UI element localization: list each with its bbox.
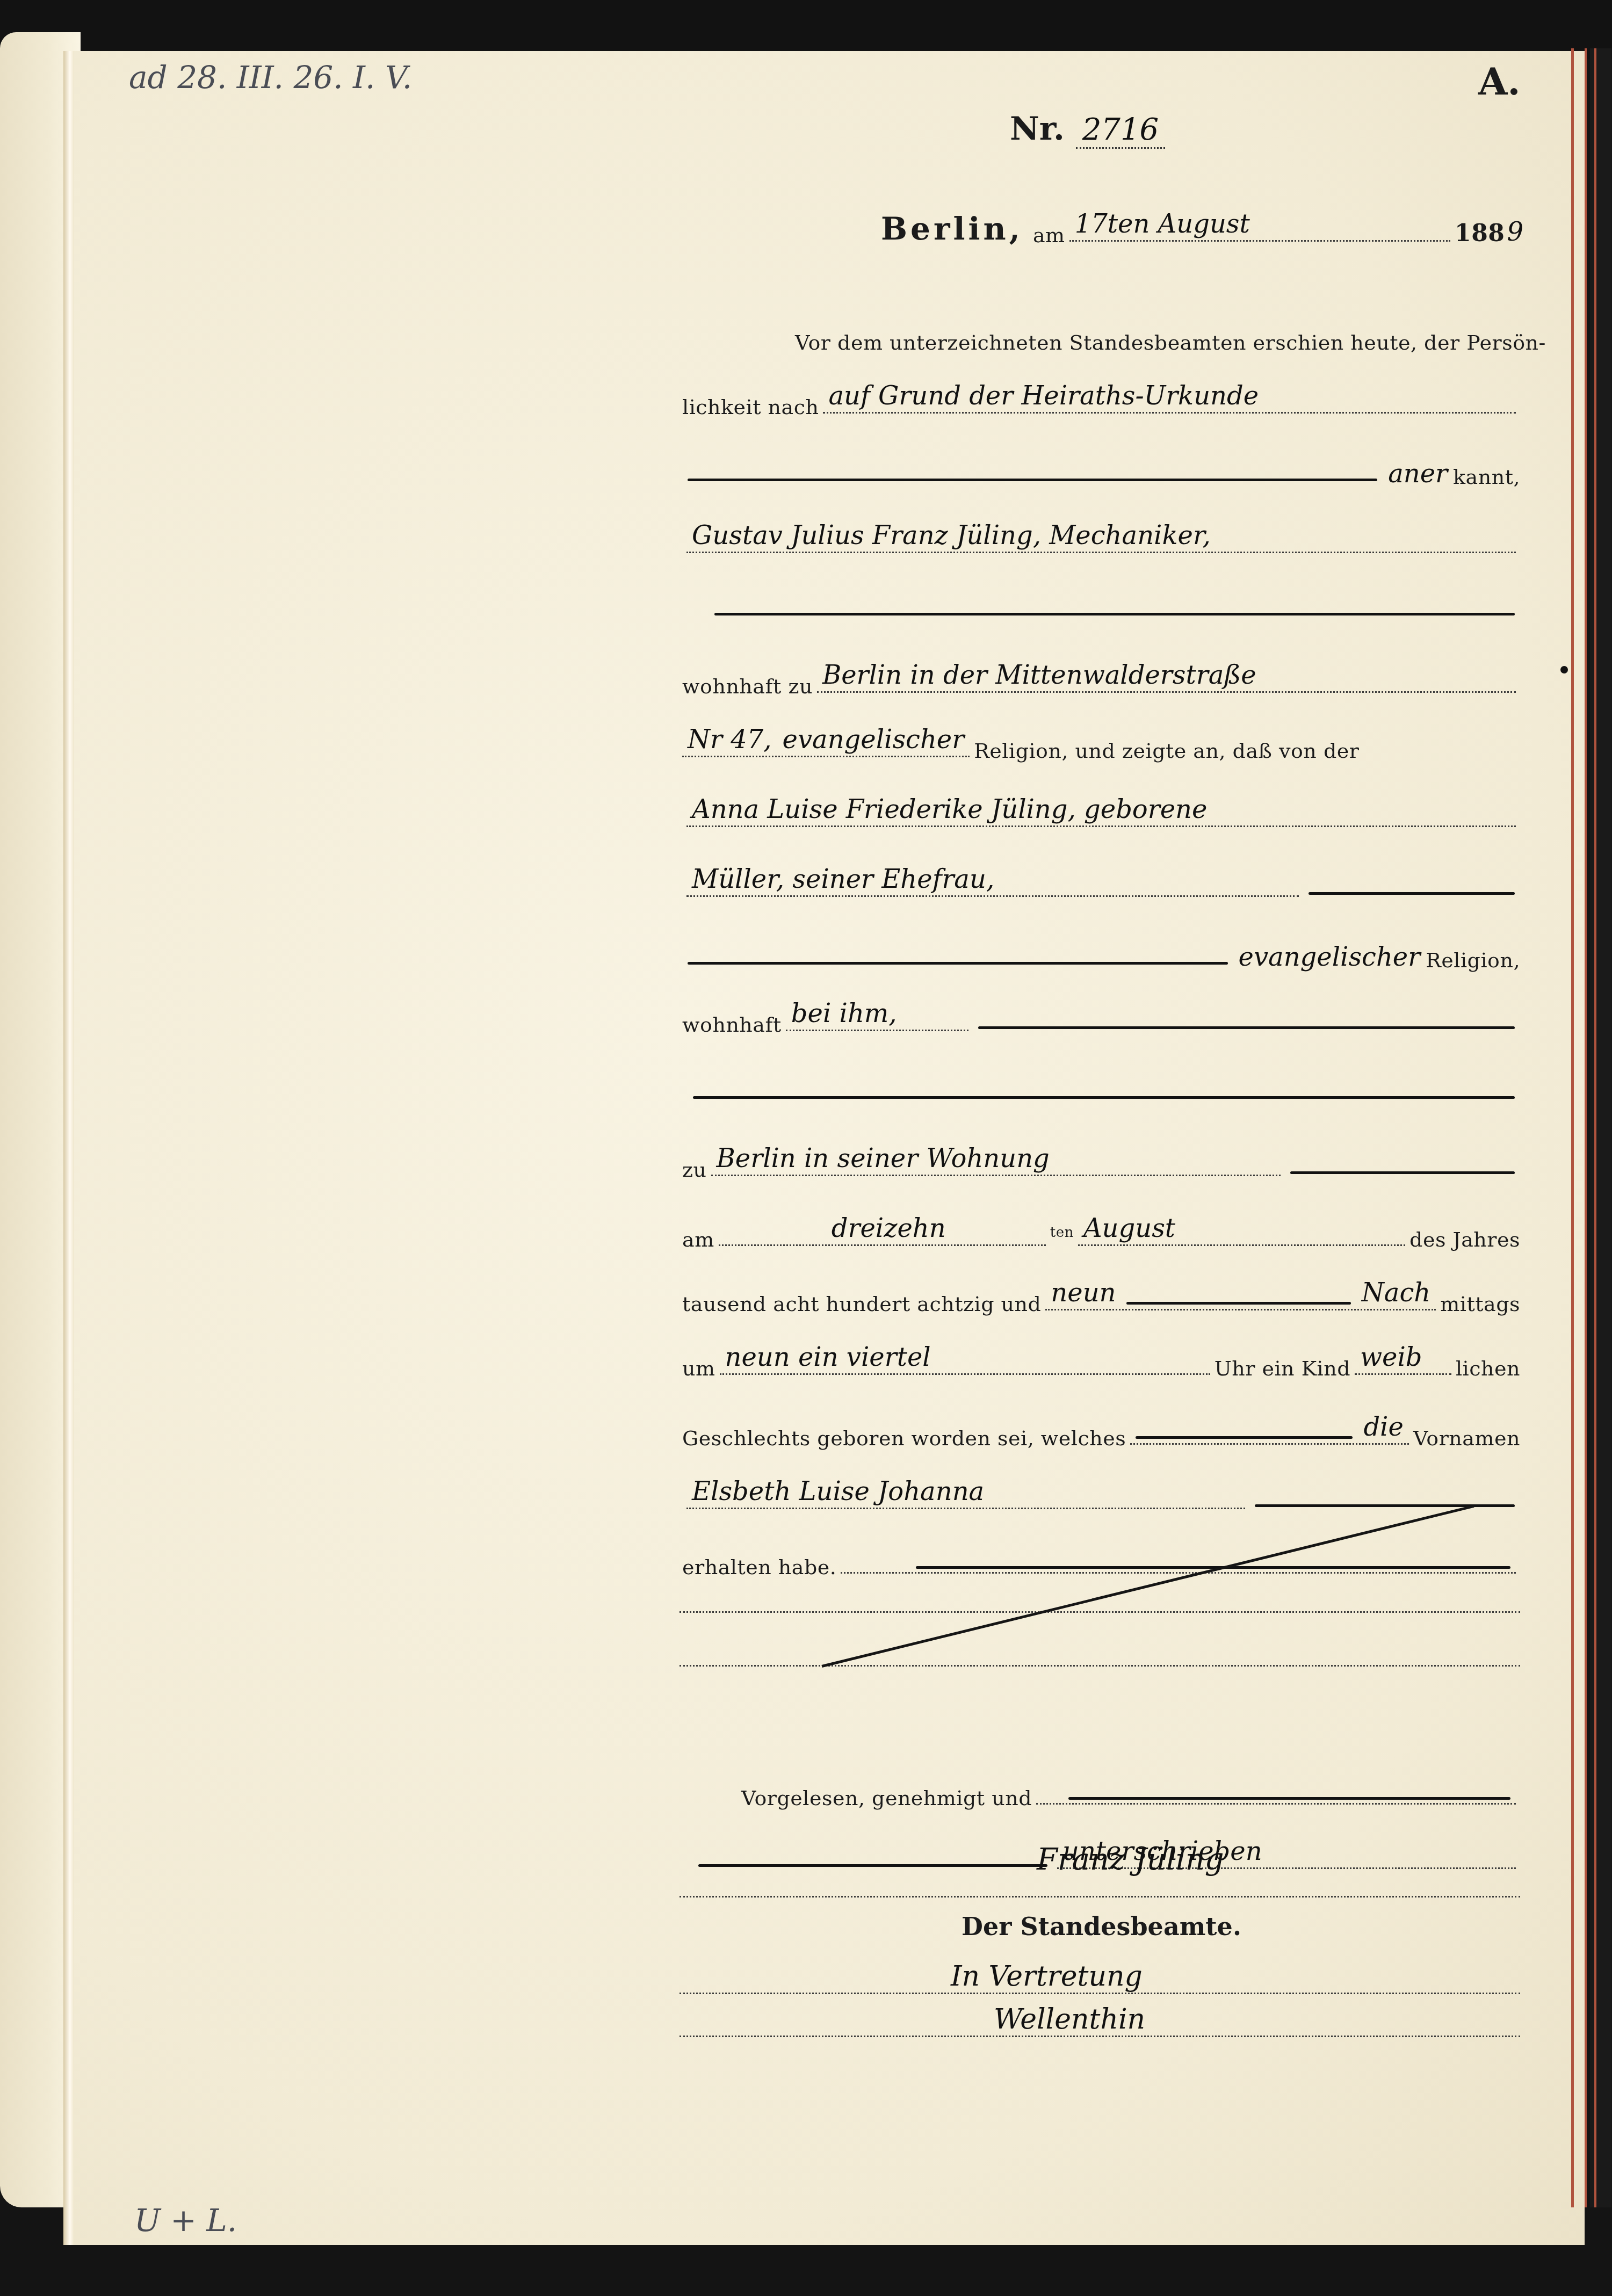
time-of-day-label: mittags: [1440, 1292, 1520, 1316]
filler-dash: [714, 613, 1515, 615]
birthplace-field: Berlin in seiner Wohnung: [711, 1142, 1281, 1176]
record-number-label: Nr.: [1010, 110, 1065, 148]
registrar-note: In Vertretung: [951, 1960, 1143, 1993]
year-handwritten: 9: [1505, 217, 1526, 247]
filler-dash: [693, 1096, 1515, 1099]
day-suffix: ten: [1050, 1225, 1074, 1241]
informant-line: Gustav Julius Franz Jüling, Mechaniker,: [682, 505, 1520, 559]
birthplace-line: zu Berlin in seiner Wohnung: [682, 1128, 1520, 1182]
mother-residence-field: bei ihm,: [786, 997, 968, 1031]
date-line: Berlin, am 17ten August 188 9: [881, 193, 1526, 247]
book-edge-shadow: [1590, 48, 1611, 2207]
sex-suffix: lichen: [1456, 1357, 1520, 1380]
blank-dotted-line: [680, 1611, 1520, 1613]
blank-line: [682, 1053, 1520, 1106]
religion-label: Religion, und zeigte an, daß von der: [974, 739, 1359, 763]
red-page-edge: [1571, 48, 1574, 2207]
hour-field: neun ein viertel: [720, 1341, 1210, 1375]
mother-residence-line: wohnhaft bei ihm,: [682, 983, 1520, 1037]
day-label: am: [682, 1228, 714, 1251]
red-page-edge: [1585, 48, 1587, 2207]
read-approved-line: Vorgelesen, genehmigt und: [741, 1756, 1520, 1810]
page-gutter: [63, 51, 74, 2245]
filler-dash: [698, 1864, 1047, 1867]
known-line: aner kannt,: [682, 435, 1520, 489]
date-field: 17ten August: [1069, 208, 1450, 242]
register-letter: A.: [1478, 59, 1521, 104]
residence-line: wohnhaft zu Berlin in der Mittenwalderst…: [682, 644, 1520, 698]
book-binding-top: [0, 0, 1612, 59]
mother-religion-line: evangelischer Religion,: [682, 918, 1520, 972]
residence-cont-field: Nr 47, evangelischer: [682, 723, 970, 757]
year-printed: 188: [1455, 220, 1505, 247]
filler-dash: [688, 962, 1228, 965]
record-number: Nr. 2716: [1010, 110, 1165, 148]
margin-note-top: ad 28. III. 26. I. V.: [129, 59, 412, 96]
religion-line: Nr 47, evangelischer Religion, und zeigt…: [682, 709, 1520, 763]
blank-dotted-line: [680, 1665, 1520, 1667]
mother-residence-label: wohnhaft: [682, 1013, 782, 1037]
blank-line: [682, 569, 1520, 623]
child-names-field: Elsbeth Luise Johanna: [686, 1475, 1245, 1509]
hour-suffix: Uhr ein Kind: [1215, 1357, 1350, 1380]
filler-dash: [1309, 892, 1515, 895]
names-article-field: die: [1130, 1411, 1409, 1445]
registrar-title: Der Standesbeamte.: [962, 1912, 1241, 1941]
day-field: dreizehn: [719, 1212, 1046, 1246]
intro-line: Vor dem unterzeichneten Standesbeamten e…: [795, 301, 1520, 354]
filler-dash: [1255, 1504, 1515, 1507]
hour-label: um: [682, 1357, 715, 1380]
year-text: tausend acht hundert achtzig und: [682, 1292, 1041, 1316]
received-line: erhalten habe.: [682, 1525, 1520, 1579]
sex-line-label: Geschlechts geboren worden sei, welches: [682, 1426, 1126, 1450]
hour-line: um neun ein viertel Uhr ein Kind weib li…: [682, 1327, 1520, 1380]
mother-field: Anna Luise Friederike Jüling, geborene: [686, 793, 1516, 827]
informant-field: Gustav Julius Franz Jüling, Mechaniker,: [686, 519, 1516, 553]
filler-dash: [1068, 1797, 1510, 1800]
residence-label: wohnhaft zu: [682, 675, 813, 698]
mother-religion-label: Religion,: [1426, 948, 1520, 972]
month-field: August: [1078, 1212, 1405, 1246]
read-approved-field: [1036, 1771, 1516, 1805]
filler-dash: [1290, 1171, 1515, 1174]
filler-dash: [1136, 1436, 1353, 1439]
intro-text: Vor dem unterzeichneten Standesbeamten e…: [795, 331, 1546, 354]
red-page-edge: [1594, 48, 1596, 2207]
year-unit-field: neun Nach: [1045, 1277, 1436, 1310]
read-approved-label: Vorgelesen, genehmigt und: [741, 1786, 1032, 1810]
mother-line: Anna Luise Friederike Jüling, geborene: [682, 779, 1520, 832]
birthplace-label: zu: [682, 1158, 707, 1182]
known-label: kannt,: [1453, 465, 1520, 489]
identity-field: auf Grund der Heiraths-Urkunde: [823, 380, 1516, 414]
filler-dash: [688, 479, 1377, 481]
received-field: [841, 1540, 1516, 1574]
identity-line: lichkeit nach auf Grund der Heiraths-Urk…: [682, 365, 1520, 419]
registrar-signature: Wellenthin: [994, 2003, 1145, 2036]
signature-dotted-line: [680, 1993, 1520, 1994]
ink-blot: [1560, 666, 1568, 673]
year-label: des Jahres: [1409, 1228, 1520, 1251]
margin-note-bottom: U + L.: [134, 2202, 237, 2239]
filler-dash: [1126, 1302, 1350, 1305]
child-names-line: Elsbeth Luise Johanna: [682, 1461, 1520, 1515]
sex-field: weib: [1355, 1341, 1451, 1375]
known-value: aner: [1383, 459, 1453, 489]
signature-dotted-line: [680, 2036, 1520, 2037]
year-line: tausend acht hundert achtzig und neun Na…: [682, 1262, 1520, 1316]
signature-dotted-line: [680, 1896, 1520, 1897]
record-number-value: 2716: [1076, 112, 1166, 149]
mother-cont-field: Müller, seiner Ehefrau,: [686, 863, 1299, 897]
residence-field: Berlin in der Mittenwalderstraße: [817, 659, 1516, 693]
names-line: Geschlechts geboren worden sei, welches …: [682, 1396, 1520, 1450]
informant-signature: Franz Jüling: [1037, 1842, 1224, 1877]
mother-cont-line: Müller, seiner Ehefrau,: [682, 849, 1520, 902]
date-prefix: am: [1033, 223, 1065, 247]
place-name: Berlin,: [881, 211, 1023, 247]
mother-religion-value: evangelischer: [1233, 942, 1426, 972]
filler-dash: [978, 1026, 1515, 1029]
received-label: erhalten habe.: [682, 1555, 836, 1579]
identity-label: lichkeit nach: [682, 395, 819, 419]
birthdate-line: am dreizehn ten August des Jahres: [682, 1198, 1520, 1251]
names-label: Vornamen: [1413, 1426, 1520, 1450]
